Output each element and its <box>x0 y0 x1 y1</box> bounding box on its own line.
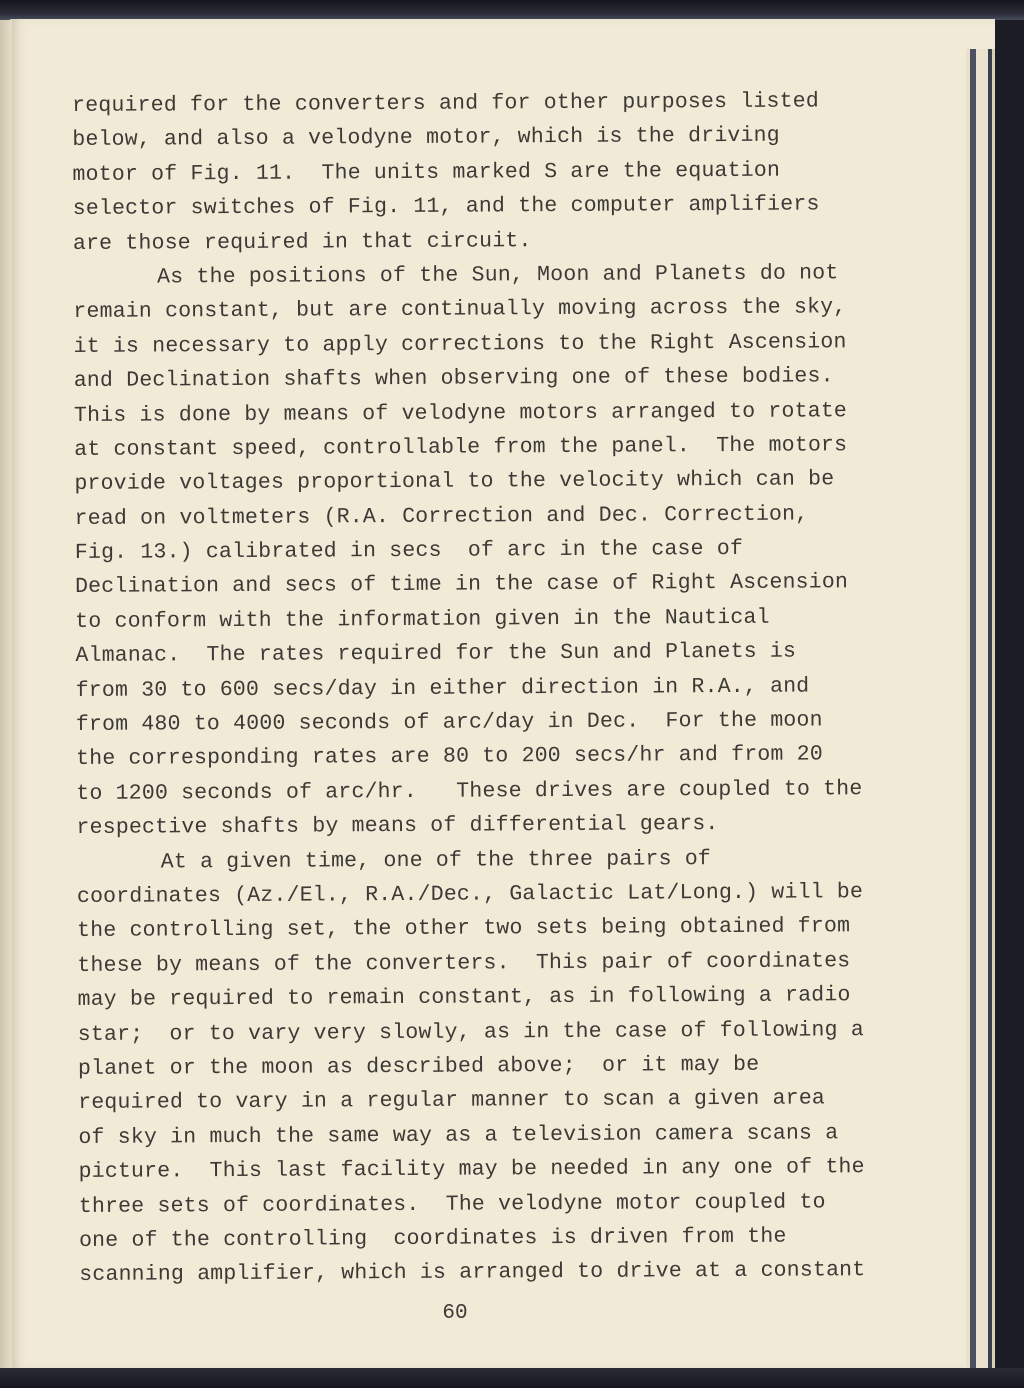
page-left-gutter <box>0 20 12 1369</box>
text-line: are those required in that circuit. <box>73 221 943 261</box>
scan-bottom-edge <box>0 1368 1024 1388</box>
page-number: 60 <box>10 1302 900 1325</box>
text-line: and Declination shafts when observing on… <box>74 359 944 399</box>
text-line: At a given time, one of the three pairs … <box>77 840 947 880</box>
text-line: picture. This last facility may be neede… <box>79 1150 949 1190</box>
text-line: Fig. 13.) calibrated in secs of arc in t… <box>75 531 945 571</box>
text-line: star; or to vary very slowly, as in the … <box>78 1012 948 1052</box>
text-line: to 1200 seconds of arc/hr. These drives … <box>76 771 946 811</box>
text-line: the corresponding rates are 80 to 200 se… <box>76 737 946 777</box>
text-line: selector switches of Fig. 11, and the co… <box>73 187 943 227</box>
text-line: Almanac. The rates required for the Sun … <box>75 634 945 674</box>
text-line: to conform with the information given in… <box>75 600 945 640</box>
text-line: coordinates (Az./El., R.A./Dec., Galacti… <box>77 875 947 915</box>
paragraph: required for the converters and for othe… <box>72 84 943 261</box>
text-line: three sets of coordinates. The velodyne … <box>79 1184 949 1224</box>
text-line: these by means of the converters. This p… <box>77 943 947 983</box>
text-line: at constant speed, controllable from the… <box>74 428 944 468</box>
text-line: remain constant, but are continually mov… <box>73 290 943 330</box>
text-line: As the positions of the Sun, Moon and Pl… <box>73 256 943 296</box>
text-line: required to vary in a regular manner to … <box>78 1081 948 1121</box>
text-line: from 30 to 600 secs/day in either direct… <box>76 668 946 708</box>
text-line: Declination and secs of time in the case… <box>75 565 945 605</box>
text-line: below, and also a velodyne motor, which … <box>72 118 942 158</box>
text-line: scanning amplifier, which is arranged to… <box>79 1253 949 1293</box>
text-line: one of the controlling coordinates is dr… <box>79 1219 949 1259</box>
page-body-text: required for the converters and for othe… <box>72 84 949 1293</box>
text-line: This is done by means of velodyne motors… <box>74 393 944 433</box>
text-line: it is necessary to apply corrections to … <box>73 324 943 364</box>
text-line: required for the converters and for othe… <box>72 84 942 124</box>
paragraph: As the positions of the Sun, Moon and Pl… <box>73 256 947 846</box>
text-line: motor of Fig. 11. The units marked S are… <box>72 152 942 192</box>
text-line: planet or the moon as described above; o… <box>78 1047 948 1087</box>
text-line: read on voltmeters (R.A. Correction and … <box>75 496 945 536</box>
text-line: provide voltages proportional to the vel… <box>74 462 944 502</box>
scanned-page-photo: required for the converters and for othe… <box>0 0 1024 1388</box>
text-line: the controlling set, the other two sets … <box>77 909 947 949</box>
text-line: of sky in much the same way as a televis… <box>78 1115 948 1155</box>
text-line: respective shafts by means of differenti… <box>76 806 946 846</box>
text-line: from 480 to 4000 seconds of arc/day in D… <box>76 703 946 743</box>
book-binding-edge <box>966 49 995 1388</box>
book-page: required for the converters and for othe… <box>10 19 995 1369</box>
scan-top-edge <box>0 0 1024 20</box>
paragraph: At a given time, one of the three pairs … <box>77 840 950 1292</box>
text-line: may be required to remain constant, as i… <box>77 978 947 1018</box>
